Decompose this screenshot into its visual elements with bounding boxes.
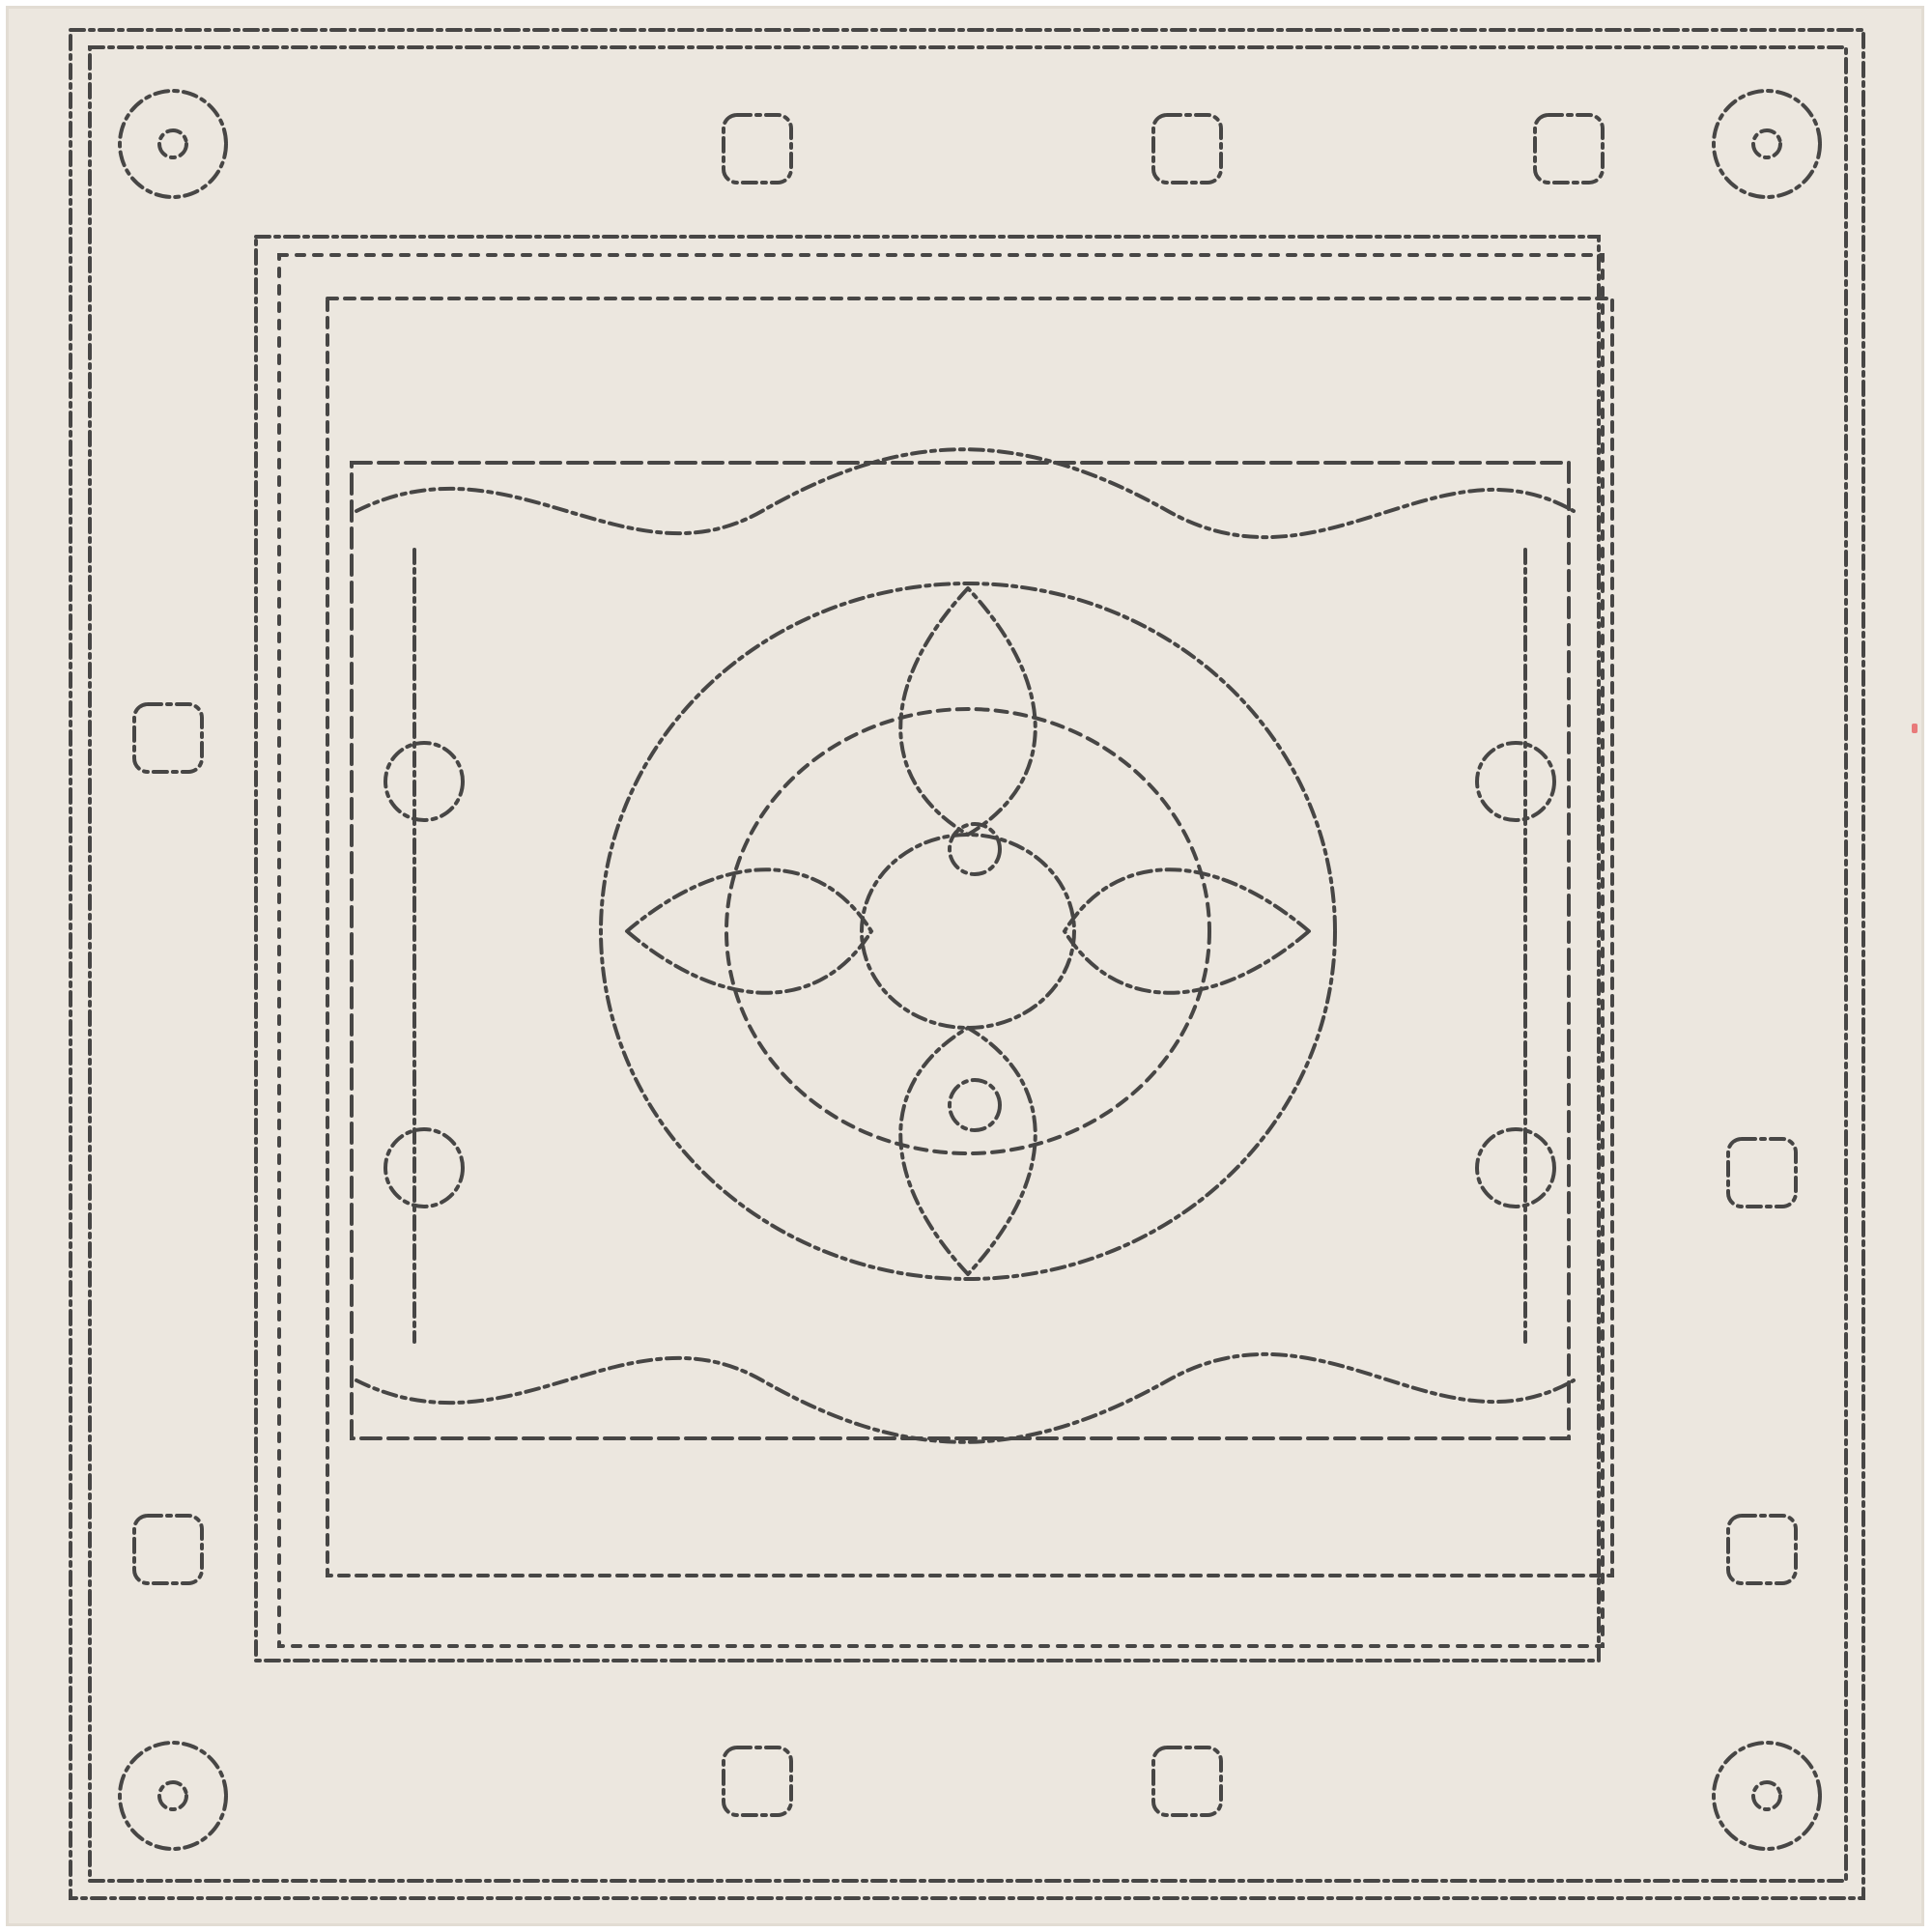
edge-tag	[1912, 724, 1918, 733]
rug-pattern	[9, 9, 1927, 1929]
rug	[6, 6, 1924, 1926]
